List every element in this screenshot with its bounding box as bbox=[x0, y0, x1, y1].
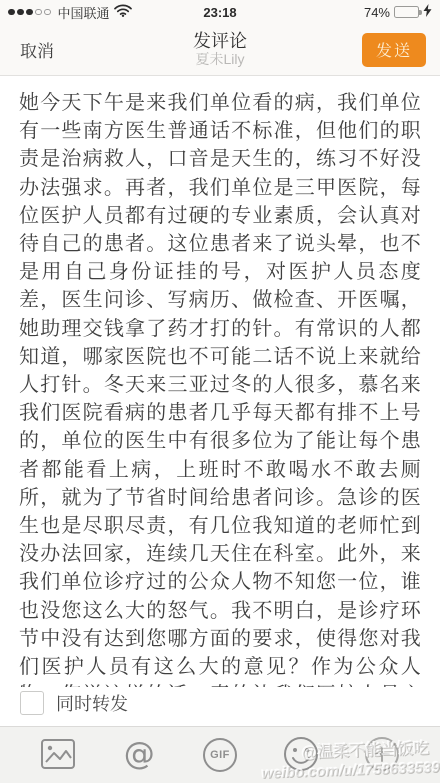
repost-checkbox[interactable] bbox=[20, 691, 44, 715]
send-button[interactable]: 发送 bbox=[362, 33, 426, 67]
battery-percent: 74% bbox=[364, 5, 390, 20]
gif-icon: GIF bbox=[203, 738, 237, 772]
battery-icon bbox=[394, 6, 419, 18]
mention-button[interactable]: @ bbox=[117, 733, 161, 777]
mention-icon: @ bbox=[124, 739, 155, 770]
emoji-icon bbox=[282, 735, 320, 776]
composer-toolbar: @ GIF bbox=[0, 726, 440, 783]
status-bar: 中国联通 23:18 74% bbox=[0, 0, 440, 24]
signal-strength-icon bbox=[8, 9, 51, 16]
cancel-button[interactable]: 取消 bbox=[20, 37, 54, 62]
emoji-button[interactable] bbox=[279, 733, 323, 777]
compose-comment-screen: 中国联通 23:18 74% bbox=[0, 0, 440, 783]
repost-label: 同时转发 bbox=[56, 690, 128, 716]
more-button[interactable] bbox=[360, 733, 404, 777]
gif-button[interactable]: GIF bbox=[198, 733, 242, 777]
repost-toggle-row[interactable]: 同时转发 bbox=[20, 690, 128, 716]
image-icon bbox=[39, 736, 77, 775]
comment-text: 她今天下午是来我们单位看的病，我们单位有一些南方医生普通话不标准，但他们的职责是… bbox=[19, 89, 421, 687]
image-button[interactable] bbox=[36, 733, 80, 777]
comment-textarea[interactable]: 她今天下午是来我们单位看的病，我们单位有一些南方医生普通话不标准，但他们的职责是… bbox=[0, 77, 440, 687]
more-icon bbox=[363, 735, 401, 776]
wifi-icon bbox=[114, 4, 132, 20]
carrier-label: 中国联通 bbox=[58, 3, 110, 22]
charging-icon bbox=[423, 4, 432, 20]
nav-bar: 取消 发评论 夏未Lily 发送 bbox=[0, 24, 440, 76]
